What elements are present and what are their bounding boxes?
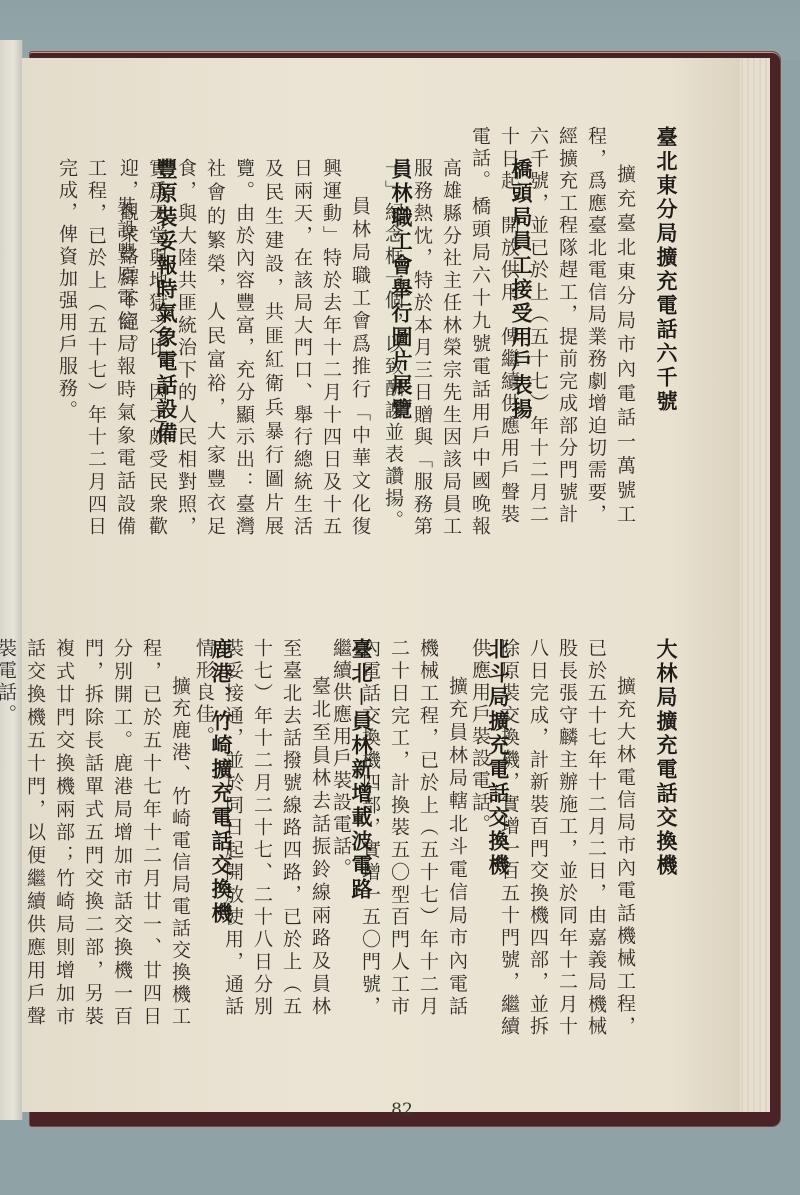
article-body: 裝設豐原電信局報時氣象電話設備工程，已於上（五十七）年十二月四日完成，俾資加强用…	[52, 158, 139, 538]
book-page: 臺北東分局擴充電話六千號 擴充臺北東分局市內電話一萬號工程，爲應臺北電信局業務劇…	[22, 58, 740, 1112]
page-number: 82	[382, 1100, 422, 1120]
article-headline: 臺北－員林新增載波電路	[346, 638, 375, 1018]
article-headline: 橋頭局員工接受用戶表揚	[506, 158, 535, 538]
article-lugang-zhuqi: 鹿港、竹崎擴充電話交換機 擴充鹿港、竹崎電信局電話交換機工程，已於五十七年十二月…	[65, 638, 235, 1028]
article-qiaotou: 橋頭局員工接受用戶表揚 橋頭局六十九號電話用戶中國晚報高雄縣分社主任林榮宗先生因…	[435, 158, 535, 538]
article-headline: 大林局擴充電話交換機	[651, 638, 680, 1038]
article-body: 擴充鹿港、竹崎電信局電話交換機工程，已於五十七年十二月廿一、廿四日分別開工。鹿港…	[0, 638, 194, 1028]
article-headline: 員林職工會舉行圖片展覽	[386, 158, 415, 538]
article-headline: 豐原裝妥報時氣象電話設備	[151, 158, 180, 538]
article-headline: 鹿港、竹崎擴充電話交換機	[206, 638, 235, 1028]
article-beidou: 北斗局擴充電話交換機 擴充員林局轄北斗電信局市內電話機械工程，已於上（五十七）年…	[382, 638, 512, 1018]
article-headline: 臺北東分局擴充電話六千號	[651, 126, 680, 526]
scan-backdrop	[0, 0, 800, 60]
article-dalin: 大林局擴充電話交換機 擴充大林電信局市內電話機械工程，已於五十七年十二月二日，由…	[520, 638, 680, 1038]
article-headline: 北斗局擴充電話交換機	[483, 638, 512, 1018]
article-fengyuan: 豐原裝妥報時氣象電話設備 裝設豐原電信局報時氣象電話設備工程，已於上（五十七）年…	[70, 158, 180, 538]
article-taipei-east: 臺北東分局擴充電話六千號 擴充臺北東分局市內電話一萬號工程，爲應臺北電信局業務劇…	[552, 126, 680, 526]
article-taipei-yuanlin: 臺北－員林新增載波電路 臺北至員林去話振鈴線兩路及員林至臺北去話撥號線路四路，已…	[245, 638, 375, 1018]
article-yuanlin-exhibit: 員林職工會舉行圖片展覽 員林局職工會爲推行「中華文化復興運動」特於去年十二月十四…	[190, 158, 415, 538]
